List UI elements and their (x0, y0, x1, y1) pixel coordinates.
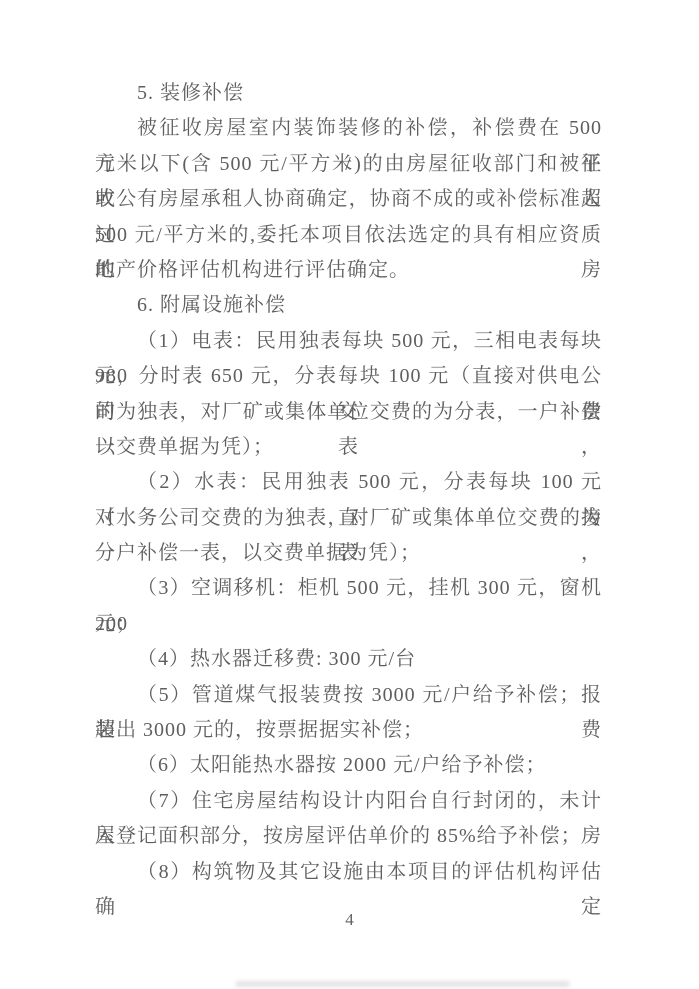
item-7-balcony-line-2: 屋登记面积部分，按房屋评估单价的 85%给予补偿； (95, 819, 602, 854)
item-2-water-meter-line-1: （2）水表：民用独表 500 元，分表每块 100 元（直接 (95, 465, 602, 500)
para-renovation-line-4: 500 元/平方米的,委托本项目依法选定的具有相应资质的房 (95, 218, 602, 253)
document-page: 5. 装修补偿 被征收房屋室内装饰装修的补偿，补偿费在 500 元/平 方米以下… (0, 0, 699, 989)
item-5-gas-pipeline-line-1: （5）管道煤气报装费按 3000 元/户给予补偿；报装费 (95, 678, 602, 713)
item-1-electric-meter-line-2: 元，分时表 650 元，分表每块 100 元（直接对供电公司交费 (95, 359, 602, 394)
item-7-balcony-line-1: （7）住宅房屋结构设计内阳台自行封闭的，未计入房 (95, 784, 602, 819)
page-number: 4 (0, 910, 699, 930)
text-block: 5. 装修补偿 被征收房屋室内装饰装修的补偿，补偿费在 500 元/平 方米以下… (95, 76, 602, 890)
para-renovation-line-2: 方米以下(含 500 元/平方米)的由房屋征收部门和被征收人 (95, 147, 602, 182)
para-renovation-line-1: 被征收房屋室内装饰装修的补偿，补偿费在 500 元/平 (95, 111, 602, 146)
item-3-air-conditioner-line-2: 元； (95, 607, 602, 642)
scan-bleed-artifact (235, 981, 570, 987)
item-8-structures: （8）构筑物及其它设施由本项目的评估机构评估确定 (95, 855, 602, 890)
heading-section-6: 6. 附属设施补偿 (95, 288, 602, 323)
item-4-water-heater: （4）热水器迁移费: 300 元/台 (95, 642, 602, 677)
item-6-solar-heater: （6）太阳能热水器按 2000 元/户给予补偿； (95, 748, 602, 783)
heading-section-5: 5. 装修补偿 (95, 76, 602, 111)
para-renovation-line-3: 或公有房屋承租人协商确定，协商不成的或补偿标准超过 (95, 182, 602, 217)
item-3-air-conditioner-line-1: （3）空调移机：柜机 500 元，挂机 300 元，窗机 200 (95, 571, 602, 606)
item-1-electric-meter-line-1: （1）电表：民用独表每块 500 元，三相电表每块 980 (95, 324, 602, 359)
item-2-water-meter-line-2: 对水务公司交费的为独表，对厂矿或集体单位交费的为分表， (95, 501, 602, 536)
item-1-electric-meter-line-3: 的为独表，对厂矿或集体单位交费的为分表，一户补偿一表， (95, 395, 602, 430)
